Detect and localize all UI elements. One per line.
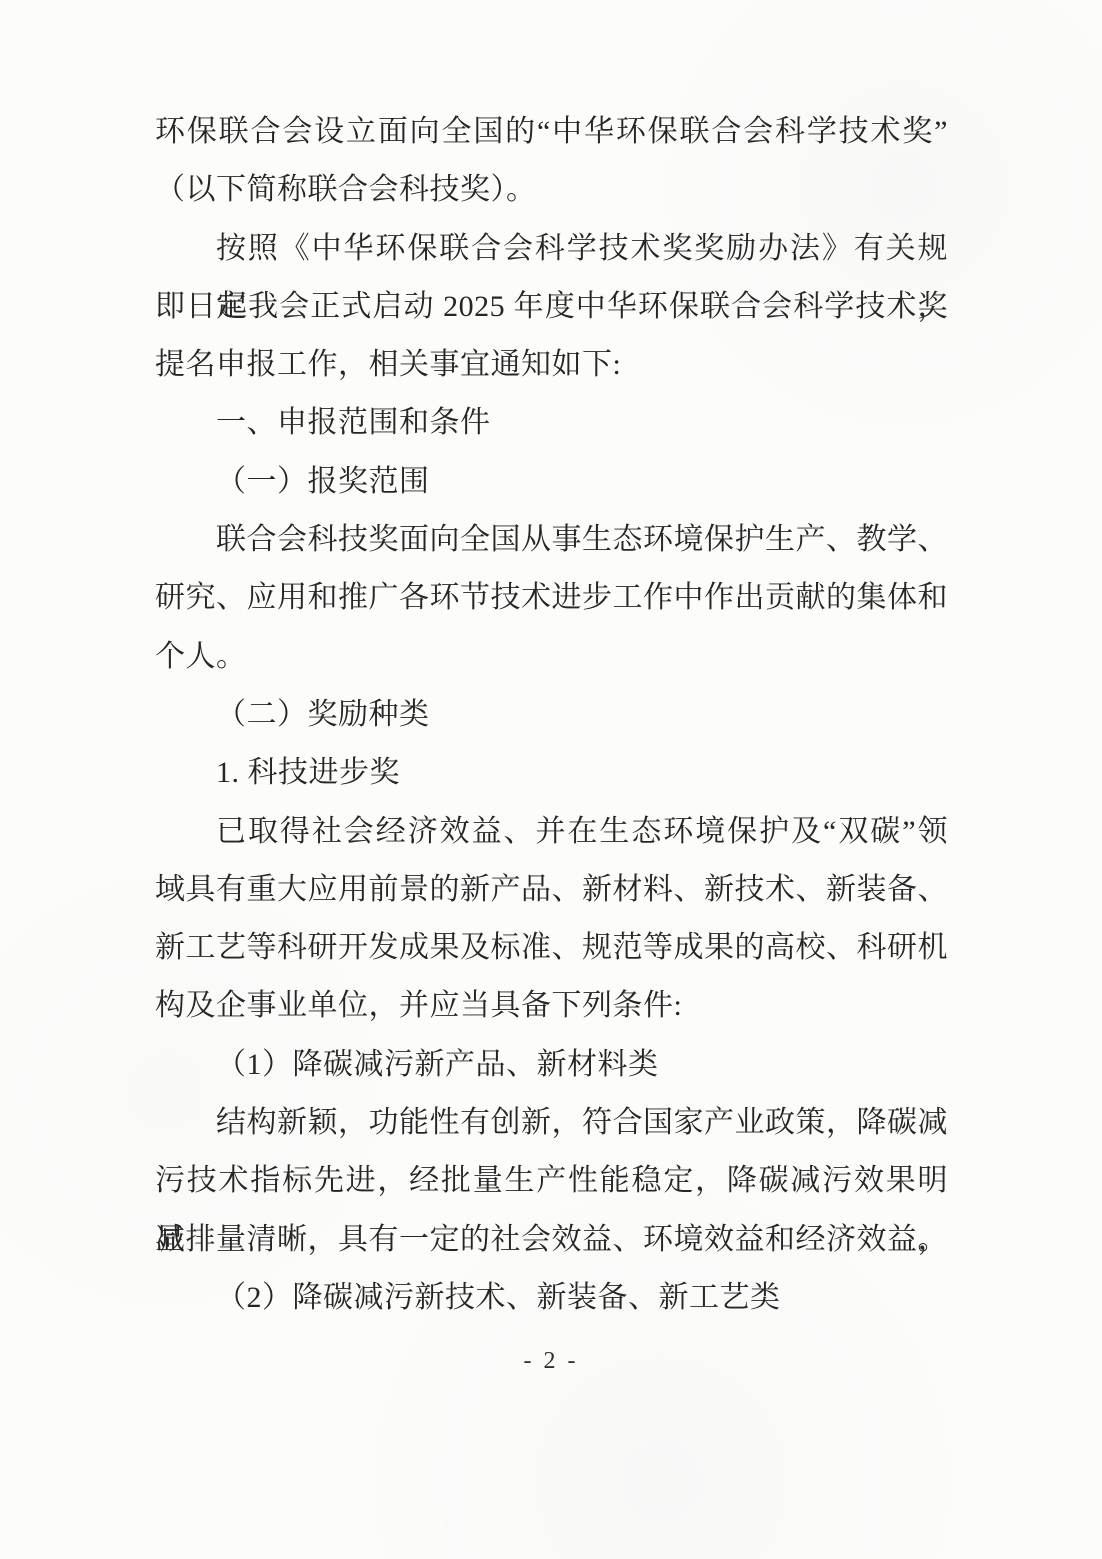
text-line: （2）降碳减污新技术、新装备、新工艺类 bbox=[155, 1269, 948, 1327]
document-body: 环保联合会设立面向全国的“中华环保联合会科学技术奖”（以下简称联合会科技奖）。按… bbox=[155, 103, 948, 1327]
text-line: 1. 科技进步奖 bbox=[155, 744, 948, 802]
text-line: （1）降碳减污新产品、新材料类 bbox=[155, 1036, 948, 1094]
text-line: 研究、应用和推广各环节技术进步工作中作出贡献的集体和 bbox=[155, 569, 948, 627]
text-line: 按照《中华环保联合会科学技术奖奖励办法》有关规定， bbox=[155, 220, 948, 278]
text-line: 减排量清晰，具有一定的社会效益、环境效益和经济效益。 bbox=[155, 1211, 948, 1269]
text-line: （二）奖励种类 bbox=[155, 686, 948, 744]
text-line: 一、申报范围和条件 bbox=[155, 394, 948, 452]
text-line: 已取得社会经济效益、并在生态环境保护及“双碳”领 bbox=[155, 803, 948, 861]
text-line: 结构新颖，功能性有创新，符合国家产业政策，降碳减 bbox=[155, 1094, 948, 1152]
page-number: - 2 - bbox=[0, 1348, 1102, 1375]
text-line: （一）报奖范围 bbox=[155, 453, 948, 511]
text-line: 域具有重大应用前景的新产品、新材料、新技术、新装备、 bbox=[155, 861, 948, 919]
text-line: 个人。 bbox=[155, 628, 948, 686]
text-line: 提名申报工作，相关事宜通知如下: bbox=[155, 336, 948, 394]
text-line: 环保联合会设立面向全国的“中华环保联合会科学技术奖” bbox=[155, 103, 948, 161]
document-page: 环保联合会设立面向全国的“中华环保联合会科学技术奖”（以下简称联合会科技奖）。按… bbox=[0, 0, 1102, 1559]
text-line: 即日起我会正式启动 2025 年度中华环保联合会科学技术奖 bbox=[155, 278, 948, 336]
text-line: 联合会科技奖面向全国从事生态环境保护生产、教学、 bbox=[155, 511, 948, 569]
text-line: 新工艺等科研开发成果及标准、规范等成果的高校、科研机 bbox=[155, 919, 948, 977]
text-line: （以下简称联合会科技奖）。 bbox=[155, 161, 948, 219]
text-line: 污技术指标先进，经批量生产性能稳定，降碳减污效果明显， bbox=[155, 1152, 948, 1210]
text-line: 构及企事业单位，并应当具备下列条件: bbox=[155, 977, 948, 1035]
